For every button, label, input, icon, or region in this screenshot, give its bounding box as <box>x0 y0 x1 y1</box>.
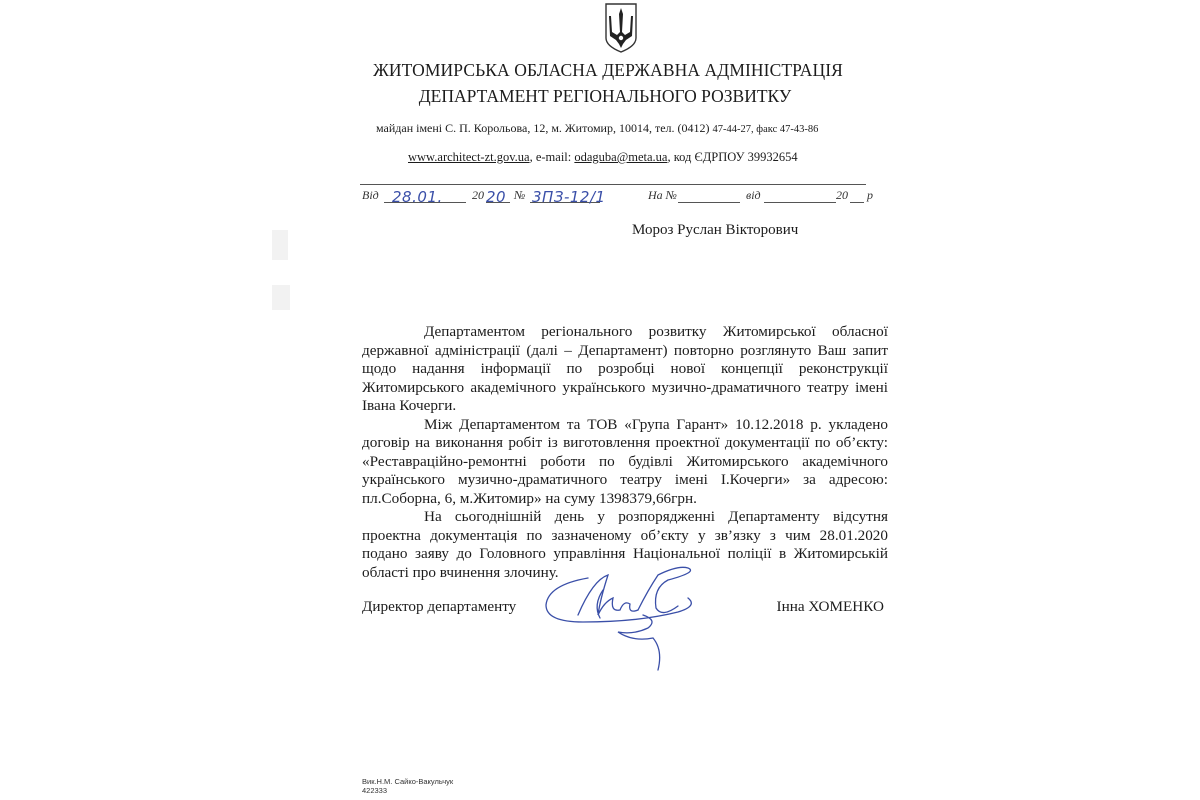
address-text: майдан імені С. П. Корольова, 12, м. Жит… <box>376 121 710 135</box>
letter-page: ЖИТОМИРСЬКА ОБЛАСНА ДЕРЖАВНА АДМІНІСТРАЦ… <box>0 0 1200 800</box>
reply-date-underline <box>764 202 836 203</box>
body-paragraph: Департаментом регіонального розвитку Жит… <box>362 323 888 416</box>
executor-footer: Вик.Н.М. Сайко-Вакульчук 422333 <box>362 777 453 795</box>
handwritten-signature <box>538 560 718 680</box>
contacts-line: www.architect-zt.gov.ua, e-mail: odaguba… <box>408 150 798 165</box>
address-line: майдан імені С. П. Корольова, 12, м. Жит… <box>376 121 818 136</box>
year-suffix: р <box>867 188 873 203</box>
signatory-title: Директор департаменту <box>362 598 516 616</box>
ukraine-trident-icon <box>603 2 639 54</box>
reference-line: Від 28.01. 20 20 № 3ПЗ-12/1 На № від 20 … <box>362 186 882 206</box>
from-label: Від <box>362 188 379 203</box>
website-link[interactable]: www.architect-zt.gov.ua <box>408 150 530 164</box>
header-divider <box>360 184 866 185</box>
reply-year-underline <box>850 202 864 203</box>
scan-artifact <box>272 230 288 260</box>
letter-body: Департаментом регіонального розвитку Жит… <box>362 323 888 582</box>
email-label: , e-mail: <box>530 150 575 164</box>
signatory-name: Інна ХОМЕНКО <box>777 598 884 616</box>
department-name: ДЕПАРТАМЕНТ РЕГІОНАЛЬНОГО РОЗВИТКУ <box>0 86 1200 107</box>
phone-fax: 47-44-27, факс 47-43-86 <box>713 124 819 135</box>
number-label: № <box>514 188 525 203</box>
scan-artifact <box>272 285 290 310</box>
reply-to-label: На № <box>648 188 677 203</box>
year-tail: 20 <box>836 188 848 203</box>
email-link[interactable]: odaguba@meta.ua <box>574 150 667 164</box>
edrpou-code: , код ЄДРПОУ 39932654 <box>667 150 797 164</box>
year-prefix: 20 <box>472 188 484 203</box>
reply-number-underline <box>678 202 740 203</box>
handwritten-date: 28.01. <box>392 188 443 206</box>
executor-phone: 422333 <box>362 786 453 795</box>
reply-from-label: від <box>746 188 761 203</box>
handwritten-year: 20 <box>486 188 506 206</box>
handwritten-number: 3ПЗ-12/1 <box>532 188 606 206</box>
organization-name: ЖИТОМИРСЬКА ОБЛАСНА ДЕРЖАВНА АДМІНІСТРАЦ… <box>0 60 1200 81</box>
executor-name: Вик.Н.М. Сайко-Вакульчук <box>362 777 453 786</box>
recipient-name: Мороз Руслан Вікторович <box>632 222 798 239</box>
body-paragraph: Між Департаментом та ТОВ «Група Гарант» … <box>362 416 888 509</box>
